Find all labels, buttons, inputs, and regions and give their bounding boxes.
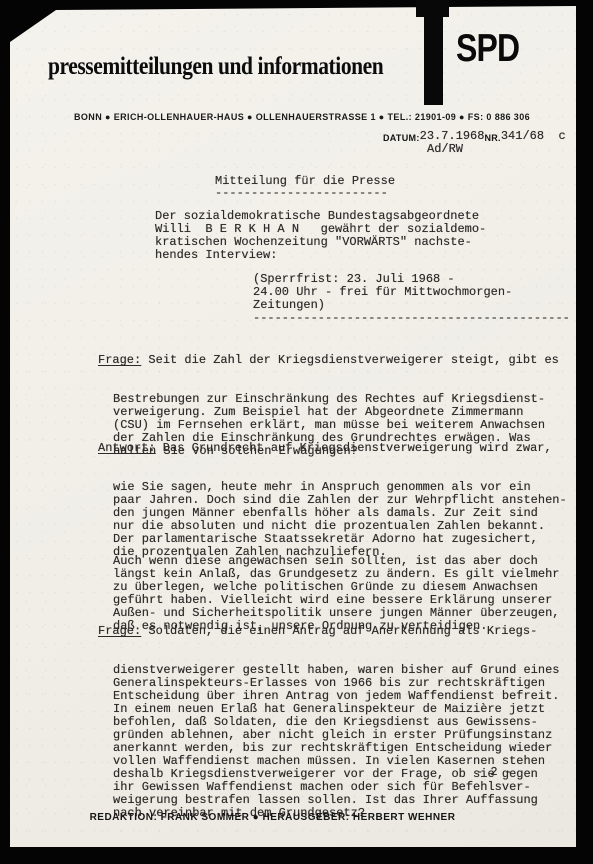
qa-first-text: Soldaten, die einen Antrag auf Anerkennu… <box>141 624 537 638</box>
question-label: Frage: <box>98 353 141 367</box>
qa-first-line: Frage: Soldaten, die einen Antrag auf An… <box>98 625 559 638</box>
qa-first-text: Seit die Zahl der Kriegsdienstverweigere… <box>141 353 559 367</box>
qa-block-question-2: Frage: Soldaten, die einen Antrag auf An… <box>98 599 559 846</box>
question-label: Frage: <box>98 624 141 638</box>
masthead-title: pressemitteilungen und informationen <box>48 53 383 80</box>
nr-number: 341/68 c <box>501 130 566 143</box>
qa-first-line: Antwort: Das Grundrecht auf Kriegsdienst… <box>98 442 567 455</box>
title-underline: ------------------------ <box>215 187 388 200</box>
nr-label: NR. <box>484 133 500 143</box>
reference-code: Ad/RW <box>427 143 463 156</box>
answer-label: Antwort: <box>98 441 156 455</box>
registration-mark-bar <box>424 0 443 105</box>
imprint-line: REDAKTION: FRANK SOMMER ● HERAUSGEBER: H… <box>0 812 545 823</box>
qa-first-line: Frage: Seit die Zahl der Kriegsdienstver… <box>98 354 559 367</box>
page-number: - 2 - <box>476 766 512 779</box>
text-line: hendes Interview: <box>155 249 486 262</box>
embargo-underline: ----------------------------------------… <box>253 312 570 325</box>
address-line: BONN ● ERICH-OLLENHAUER-HAUS ● OLLENHAUE… <box>74 112 530 122</box>
intro-paragraph: Der sozialdemokratische Bundestagsabgeor… <box>155 210 486 262</box>
date-row: DATUM: 23.7.1968 NR. 341/68 c <box>383 130 566 143</box>
embargo-note: (Sperrfrist: 23. Juli 1968 -24.00 Uhr - … <box>253 273 512 312</box>
datum-label: DATUM: <box>383 133 420 143</box>
spd-logo: SPD <box>456 28 519 70</box>
scanned-press-release: pressemitteilungen und informationen SPD… <box>0 0 593 864</box>
qa-first-text: Das Grundrecht auf Kriegsdienstverweiger… <box>156 441 552 455</box>
qa-continuation: dienstverweigerer gestellt haben, waren … <box>113 664 559 820</box>
